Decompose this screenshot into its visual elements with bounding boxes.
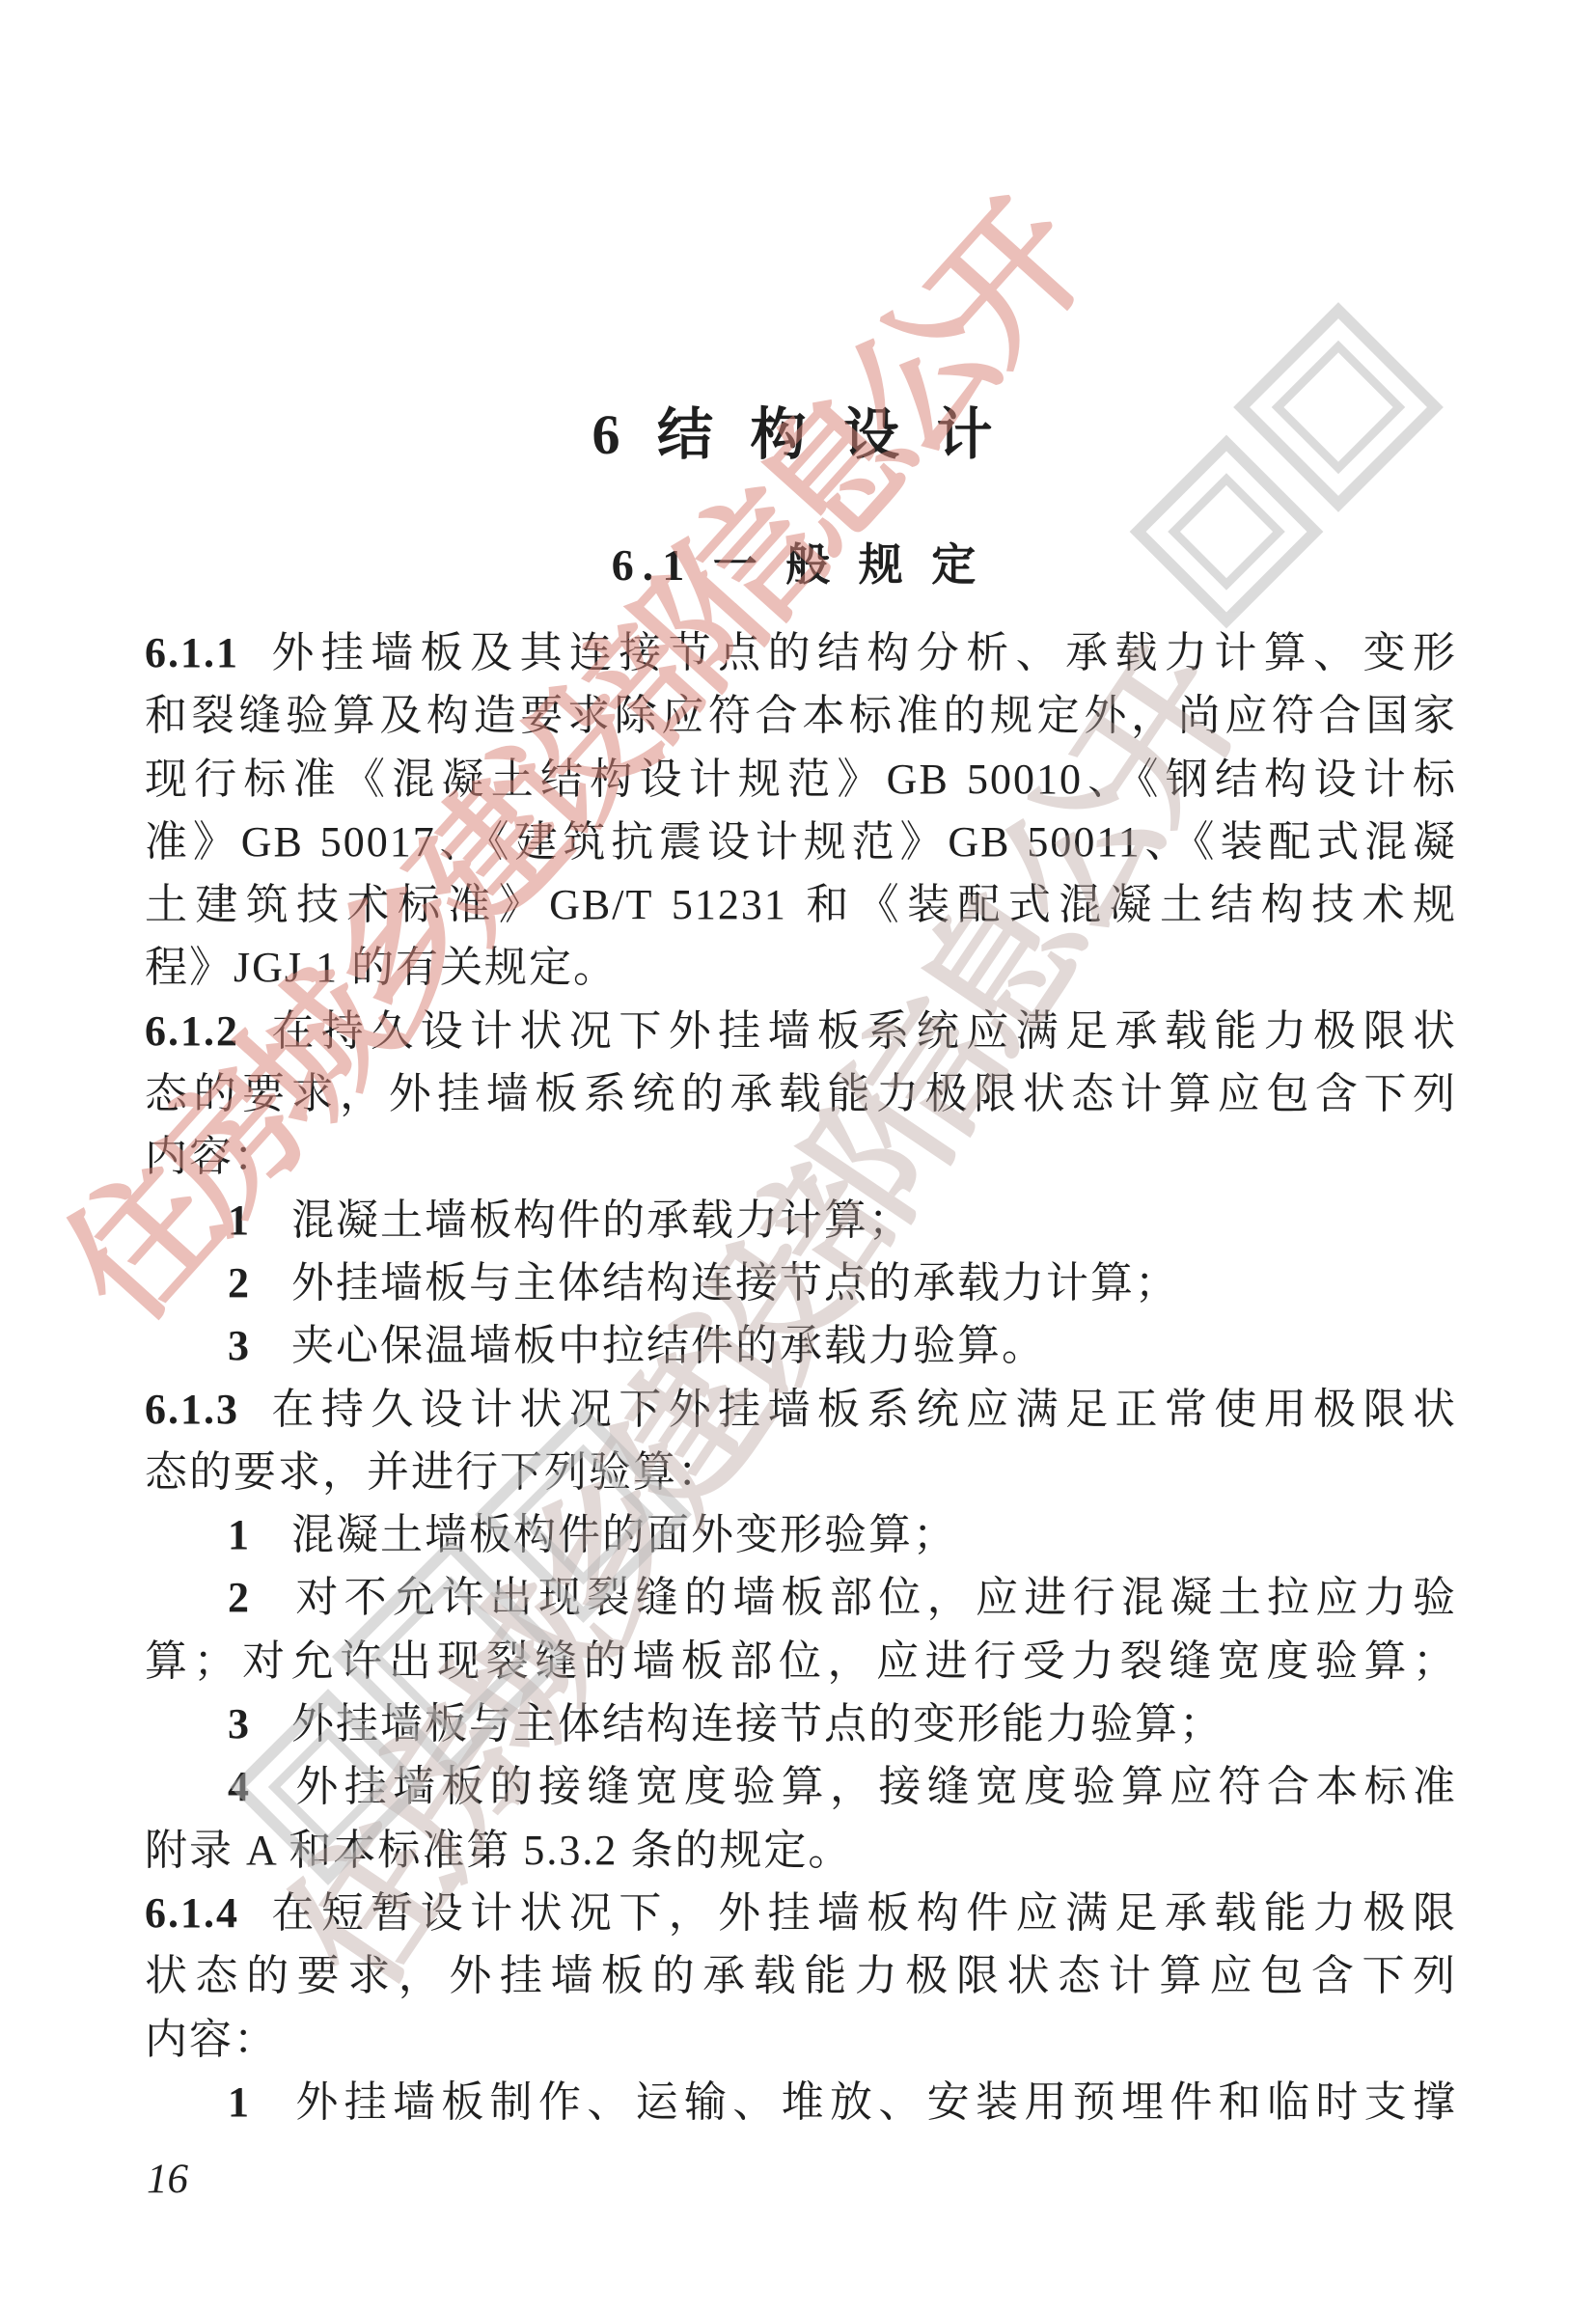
clause-label: 6.1.2	[145, 1007, 239, 1055]
line-text: 在持久设计状况下外挂墙板系统应满足正常使用极限状	[266, 1386, 1457, 1433]
section-heading: 6.1 一 般 规 定	[0, 530, 1596, 593]
text-line: 1混凝土墙板构件的面外变形验算；	[145, 1503, 1457, 1566]
body-text: 6.1.1外挂墙板及其连接节点的结构分析、承载力计算、变形和裂缝验算及构造要求除…	[145, 621, 1457, 2133]
text-line: 1混凝土墙板构件的承载力计算；	[145, 1189, 1457, 1252]
text-line: 6.1.2在持久设计状况下外挂墙板系统应满足承载能力极限状	[145, 1000, 1457, 1062]
text-line: 程》JGJ 1 的有关规定。	[145, 936, 1457, 999]
text-line: 1外挂墙板制作、运输、堆放、安装用预埋件和临时支撑	[145, 2071, 1457, 2133]
line-text: 对不允许出现裂缝的墙板部位，应进行混凝土拉应力验	[291, 1574, 1457, 1621]
document-page: 住房城乡建设部信息公开 住房城乡建设部信息公开 6 结 构 设 计 6.1 一 …	[0, 0, 1596, 2311]
line-text: 现行标准《混凝土结构设计规范》GB 50010、《钢结构设计标	[145, 756, 1457, 803]
text-line: 土建筑技术标准》GB/T 51231 和《装配式混凝土结构技术规	[145, 873, 1457, 936]
line-text: 态的要求，外挂墙板系统的承载能力极限状态计算应包含下列	[145, 1070, 1457, 1117]
line-text: 外挂墙板的接缝宽度验算，接缝宽度验算应符合本标准	[291, 1763, 1457, 1810]
line-text: 在持久设计状况下外挂墙板系统应满足承载能力极限状	[266, 1007, 1457, 1055]
line-text: 准》GB 50017、《建筑抗震设计规范》GB 50011、《装配式混凝	[145, 818, 1457, 866]
line-text: 附录 A 和本标准第 5.3.2 条的规定。	[145, 1827, 852, 1874]
line-text: 和裂缝验算及构造要求除应符合本标准的规定外，尚应符合国家	[145, 692, 1457, 739]
line-text: 状态的要求，外挂墙板的承载能力极限状态计算应包含下列	[145, 1952, 1457, 1999]
line-text: 夹心保温墙板中拉结件的承载力验算。	[291, 1322, 1046, 1369]
text-line: 准》GB 50017、《建筑抗震设计规范》GB 50011、《装配式混凝	[145, 811, 1457, 873]
clause-label: 6.1.4	[145, 1889, 239, 1937]
line-text: 外挂墙板及其连接节点的结构分析、承载力计算、变形	[266, 629, 1457, 676]
text-line: 内容：	[145, 2008, 1457, 2071]
item-number: 3	[228, 1322, 251, 1369]
item-number: 1	[228, 2078, 251, 2126]
item-number: 3	[228, 1700, 251, 1747]
line-text: 程》JGJ 1 的有关规定。	[145, 944, 618, 991]
text-line: 态的要求，外挂墙板系统的承载能力极限状态计算应包含下列	[145, 1062, 1457, 1125]
clause-label: 6.1.1	[145, 629, 239, 676]
item-number: 2	[228, 1259, 251, 1307]
text-line: 现行标准《混凝土结构设计规范》GB 50010、《钢结构设计标	[145, 748, 1457, 811]
line-text: 算；对允许出现裂缝的墙板部位，应进行受力裂缝宽度验算；	[145, 1637, 1457, 1685]
text-line: 3外挂墙板与主体结构连接节点的变形能力验算；	[145, 1692, 1457, 1755]
text-line: 2外挂墙板与主体结构连接节点的承载力计算；	[145, 1252, 1457, 1314]
text-line: 4外挂墙板的接缝宽度验算，接缝宽度验算应符合本标准	[145, 1755, 1457, 1818]
line-text: 外挂墙板制作、运输、堆放、安装用预埋件和临时支撑	[291, 2078, 1457, 2126]
item-number: 2	[228, 1574, 251, 1621]
text-line: 6.1.3在持久设计状况下外挂墙板系统应满足正常使用极限状	[145, 1378, 1457, 1441]
line-text: 态的要求，并进行下列验算：	[145, 1448, 722, 1496]
line-text: 土建筑技术标准》GB/T 51231 和《装配式混凝土结构技术规	[145, 881, 1457, 928]
line-text: 内容：	[145, 2016, 278, 2063]
item-number: 1	[228, 1511, 251, 1558]
text-line: 6.1.1外挂墙板及其连接节点的结构分析、承载力计算、变形	[145, 621, 1457, 684]
text-line: 内容：	[145, 1125, 1457, 1188]
text-line: 3夹心保温墙板中拉结件的承载力验算。	[145, 1314, 1457, 1377]
line-text: 混凝土墙板构件的承载力计算；	[291, 1197, 913, 1244]
line-text: 混凝土墙板构件的面外变形验算；	[291, 1511, 957, 1558]
line-text: 外挂墙板与主体结构连接节点的变形能力验算；	[291, 1700, 1224, 1747]
text-line: 附录 A 和本标准第 5.3.2 条的规定。	[145, 1819, 1457, 1882]
text-line: 算；对允许出现裂缝的墙板部位，应进行受力裂缝宽度验算；	[145, 1630, 1457, 1692]
text-line: 态的要求，并进行下列验算：	[145, 1441, 1457, 1503]
text-line: 和裂缝验算及构造要求除应符合本标准的规定外，尚应符合国家	[145, 684, 1457, 747]
line-text: 外挂墙板与主体结构连接节点的承载力计算；	[291, 1259, 1179, 1307]
item-number: 4	[228, 1763, 251, 1810]
text-line: 6.1.4在短暂设计状况下，外挂墙板构件应满足承载能力极限	[145, 1882, 1457, 1944]
item-number: 1	[228, 1197, 251, 1244]
text-line: 状态的要求，外挂墙板的承载能力极限状态计算应包含下列	[145, 1944, 1457, 2007]
line-text: 在短暂设计状况下，外挂墙板构件应满足承载能力极限	[266, 1889, 1457, 1937]
page-number: 16	[147, 2156, 188, 2203]
text-line: 2对不允许出现裂缝的墙板部位，应进行混凝土拉应力验	[145, 1566, 1457, 1629]
clause-label: 6.1.3	[145, 1386, 239, 1433]
line-text: 内容：	[145, 1133, 278, 1180]
chapter-heading: 6 结 构 设 计	[0, 389, 1596, 470]
